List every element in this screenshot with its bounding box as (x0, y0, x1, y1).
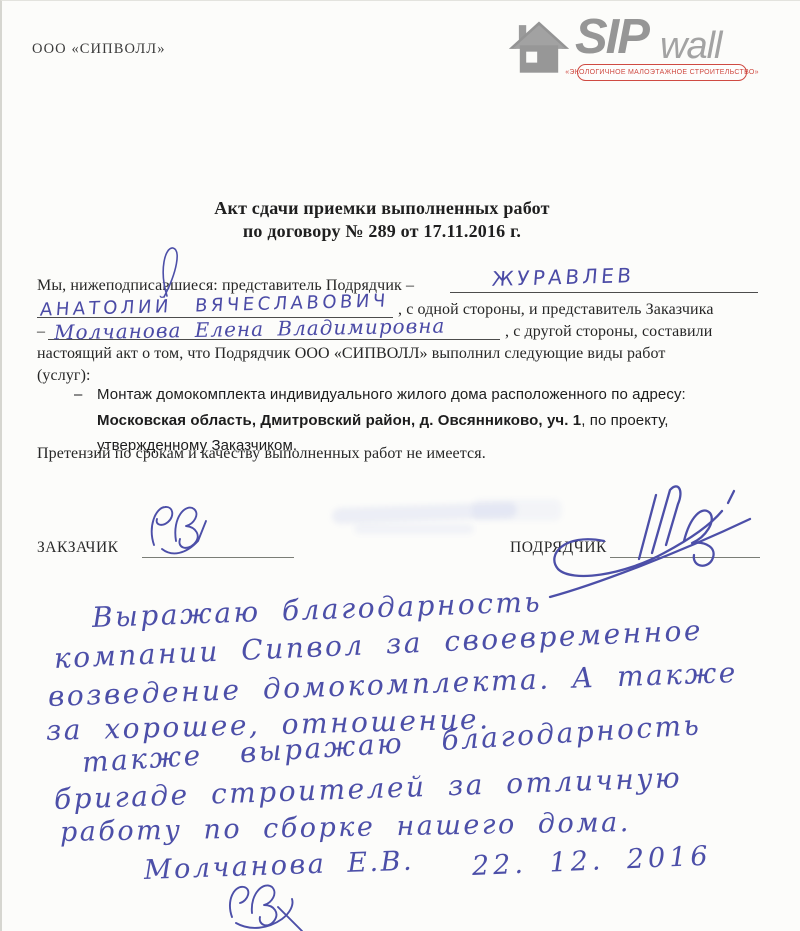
paragraph-line4: настоящий акт о том, что Подрядчик ООО «… (37, 345, 665, 363)
contractor-signature (542, 483, 772, 608)
scan-smudge (354, 524, 474, 534)
handwritten-contractor-surname: ЖУРАВЛЕВ (491, 263, 635, 291)
work-item-address: Московская область, Дмитровский район, д… (97, 412, 581, 429)
claims-statement: Претензий по срокам и качеству выполненн… (37, 445, 486, 463)
note-signature (214, 879, 324, 931)
paragraph-line3-dash: – (37, 323, 45, 341)
document-title-line1: Акт сдачи приемки выполненных работ (102, 198, 662, 219)
logo-tagline: «ЭКОЛОГИЧНОЕ МАЛОЭТАЖНОЕ СТРОИТЕЛЬСТВО» (577, 64, 747, 81)
scanned-document: ООО «СИПВОЛЛ» SIP wall «ЭКОЛОГИЧНОЕ МАЛО… (0, 0, 800, 931)
logo-text-sip: SIP (575, 13, 648, 62)
document-title-line2: по договору № 289 от 17.11.2016 г. (102, 221, 662, 242)
company-name: ООО «СИПВОЛЛ» (32, 41, 166, 58)
paragraph-line5: (услуг): (37, 367, 91, 385)
work-item-dash: – (74, 382, 82, 408)
pen-stroke-artifact (157, 244, 191, 298)
logo: SIP wall «ЭКОЛОГИЧНОЕ МАЛОЭТАЖНОЕ СТРОИТ… (507, 9, 757, 91)
paragraph-line3-tail: , с другой стороны, составили (505, 323, 712, 341)
logo-text-wall: wall (660, 27, 721, 65)
customer-signature (140, 499, 230, 563)
work-item-text-start: Монтаж домокомплекта индивидуального жил… (97, 386, 686, 403)
note-signed-date: 22. 12. 2016 (471, 841, 712, 882)
note-line: работу по сборке нашего дома. (60, 807, 631, 848)
house-icon (507, 15, 571, 81)
customer-label: ЗАКЗАЧИК (37, 539, 119, 557)
